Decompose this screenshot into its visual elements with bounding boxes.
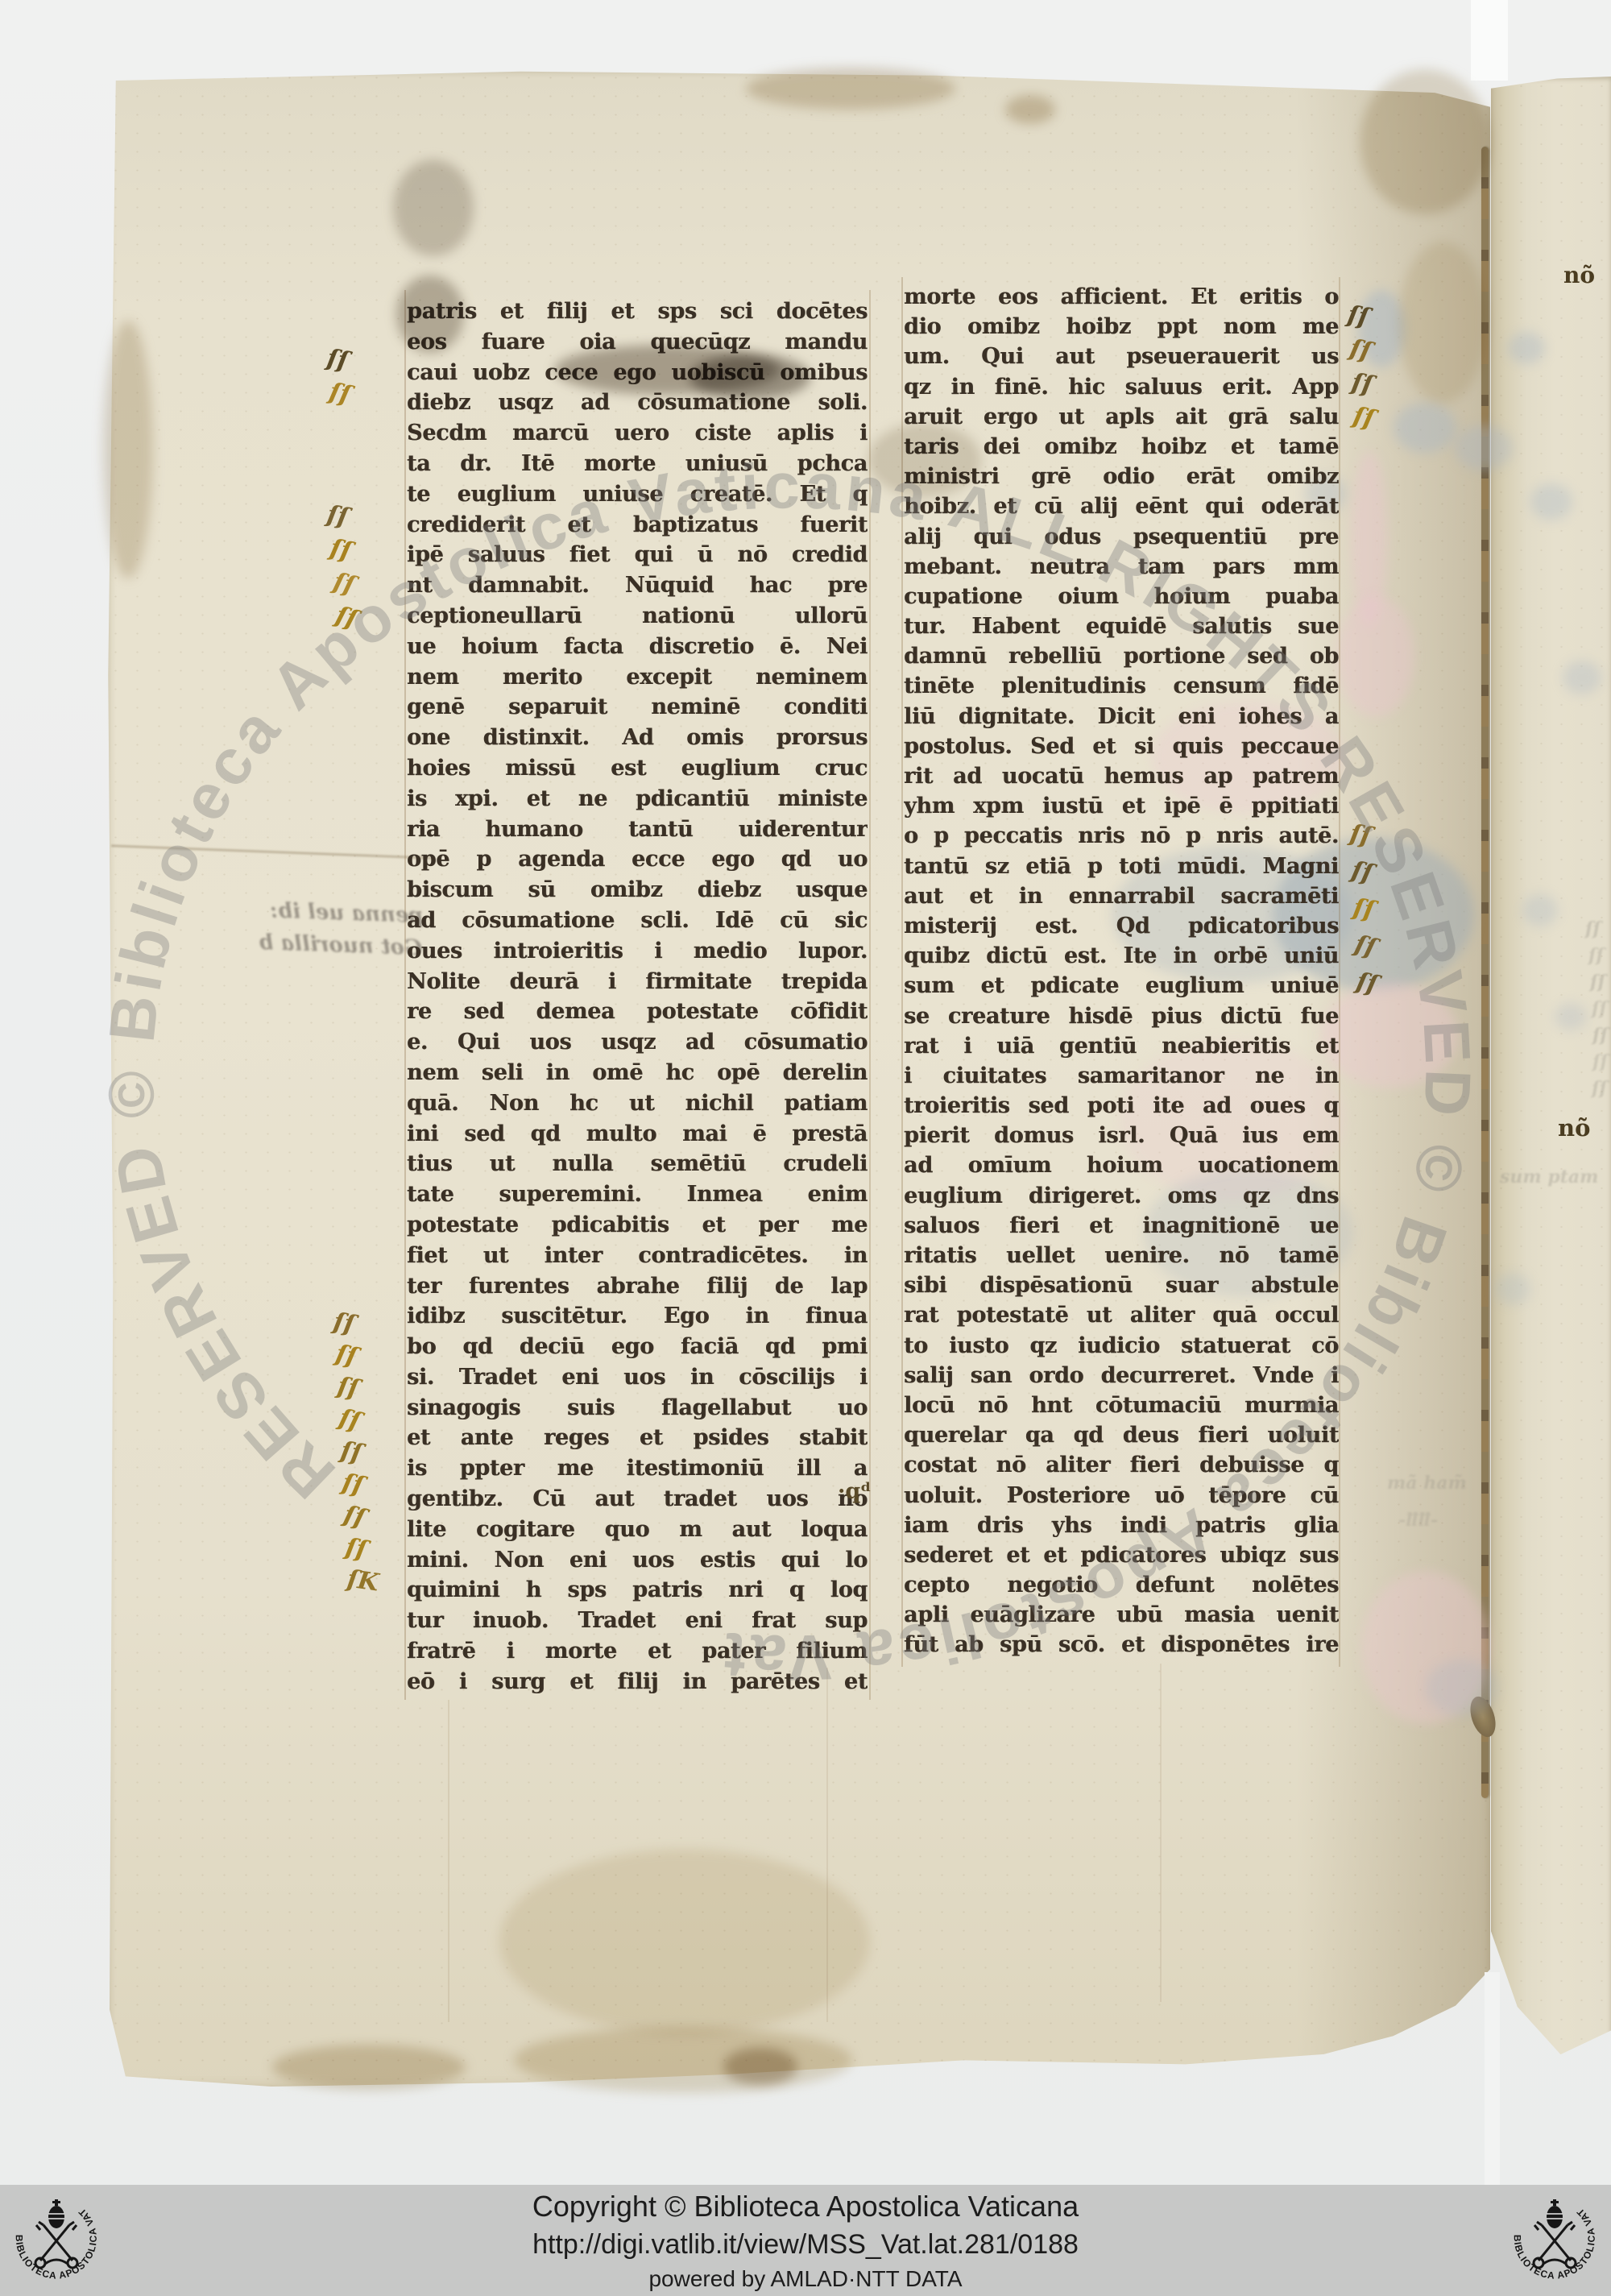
stain — [103, 321, 153, 578]
manuscript-scan-viewer: penna uel ib: Got nuorilla b patris et f… — [0, 0, 1611, 2296]
stain — [393, 160, 474, 256]
stain — [514, 2027, 852, 2093]
powered-by-line: powered by AMLAD·NTT DATA — [648, 2266, 962, 2292]
stain — [272, 2045, 466, 2090]
copyright-line: Copyright © Biblioteca Apostolica Vatica… — [532, 2190, 1079, 2223]
vatican-library-logo-right: BIBLIOTECA APOSTOLICA VATICANA — [1506, 2193, 1603, 2290]
source-url: http://digi.vatlib.it/view/MSS_Vat.lat.2… — [532, 2229, 1079, 2261]
stain — [396, 276, 464, 353]
vatican-library-logo-left: BIBLIOTECA APOSTOLICA VATICANA — [8, 2193, 105, 2290]
stain — [1360, 69, 1490, 214]
stain — [723, 2048, 797, 2085]
stain — [746, 68, 955, 110]
footer-bar: Copyright © Biblioteca Apostolica Vatica… — [0, 2185, 1611, 2296]
stain — [1398, 242, 1487, 403]
stain — [868, 423, 981, 497]
stain — [690, 354, 810, 400]
stain — [499, 1849, 870, 2034]
stain — [1005, 95, 1055, 124]
parchment-stains — [0, 0, 1611, 2296]
